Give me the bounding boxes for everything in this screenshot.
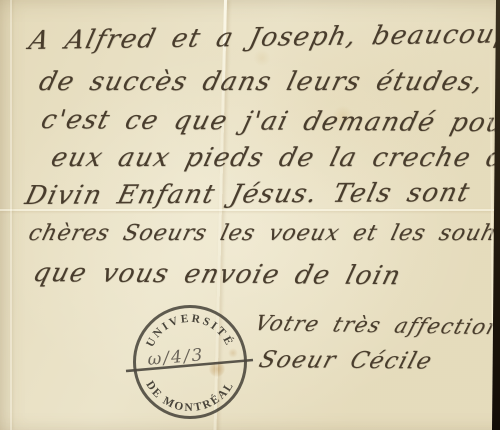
university-stamp: UNIVERSITÉ DE MONTRÉAL ω/4/3: [122, 294, 258, 430]
stamp-graphic: UNIVERSITÉ DE MONTRÉAL ω/4/3: [122, 294, 258, 430]
stamp-bottom-label: DE MONTRÉAL: [143, 379, 236, 414]
left-fold-crease: [10, 0, 12, 430]
letter-line: de succès dans leurs études,: [36, 67, 487, 97]
stamp-notation: ω/4/3: [147, 345, 205, 370]
scanned-letter: A Alfred et a Joseph, beaucoup de succès…: [0, 0, 500, 430]
letter-line: chères Soeurs les voeux et les souhaits: [26, 221, 500, 246]
letter-line: eux aux pieds de la creche du: [48, 143, 500, 173]
stamp-arc-bottom-text: DE MONTRÉAL: [143, 379, 236, 414]
letter-line: que vous envoie de loin: [30, 258, 405, 291]
letter-line: Divin Enfant Jésus. Tels sont: [22, 178, 474, 211]
letter-line: c'est ce que j'ai demandé pour: [38, 105, 500, 138]
letter-signature: Soeur Cécile: [256, 347, 436, 375]
